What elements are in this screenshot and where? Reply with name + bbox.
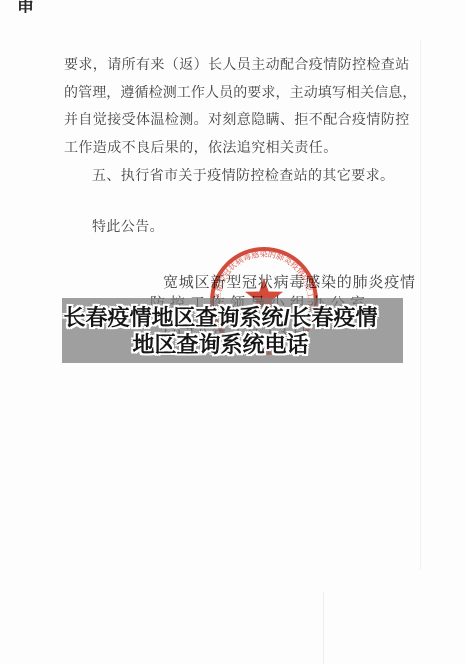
body-line-5: 五、执行省市关于疫情防控检查站的其它要求。	[92, 169, 394, 184]
body-line-2: 的管理，遵循检测工作人员的要求，主动填写相关信息，	[64, 86, 417, 101]
closing-line: 特此公告。	[92, 220, 164, 235]
corner-fragment: 申	[17, 0, 39, 13]
scanned-notice-page: 申 要求，请所有来（返）长人员主动配合疫情防控检查站 的管理，遵循检测工作人员的…	[0, 0, 466, 664]
watermark-banner: 长春疫情地区查询系统/长春疫情 地区查询系统电话	[62, 298, 403, 363]
scan-artifact-line	[323, 592, 324, 664]
watermark-line-1: 长春疫情地区查询系统/长春疫情	[63, 304, 377, 331]
body-line-4: 工作造成不良后果的，依法追究相关责任。	[64, 141, 338, 156]
corner-fragment-glyph: 申	[17, 0, 39, 13]
page-fold-line	[420, 40, 421, 570]
body-line-3: 并自觉接受体温检测。对刻意隐瞒、拒不配合疫情防控	[64, 113, 410, 128]
body-line-1: 要求，请所有来（返）长人员主动配合疫情防控检查站	[64, 58, 410, 73]
watermark-line-2: 地区查询系统电话	[132, 331, 308, 358]
